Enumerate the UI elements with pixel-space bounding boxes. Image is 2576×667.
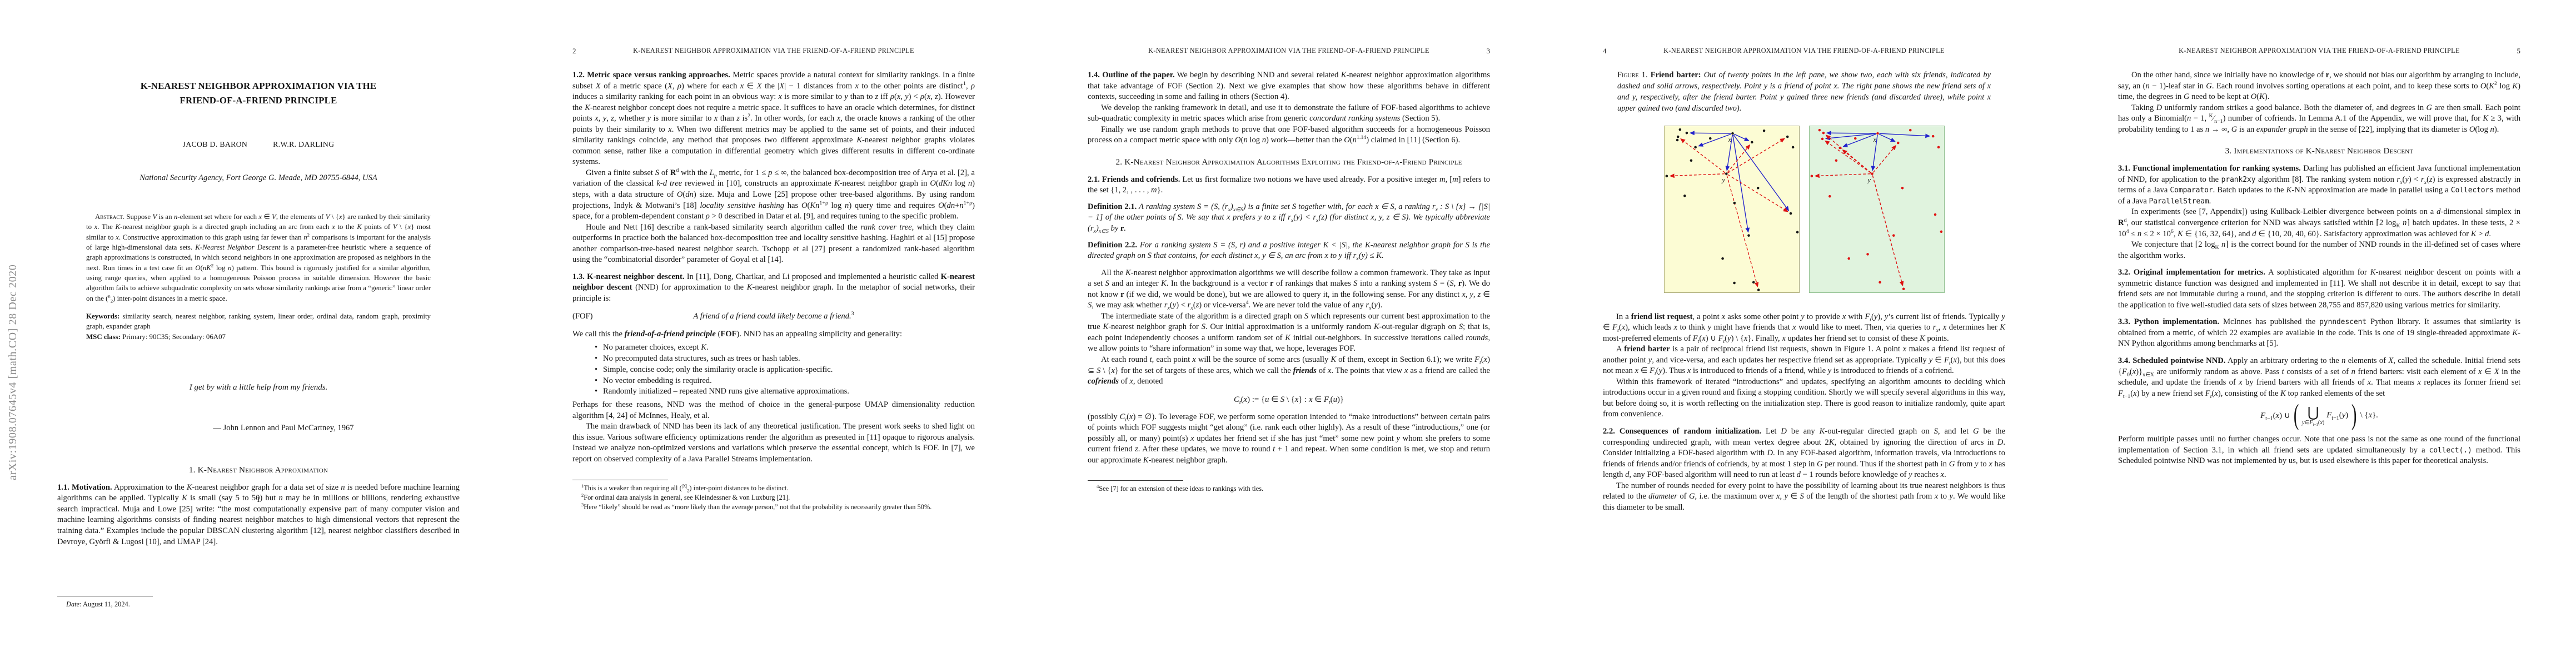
- bullet-item: No parameter choices, except K.: [595, 342, 975, 354]
- blue-solid-arrow: [1733, 135, 1788, 211]
- page-content: 2K-NEAREST NEIGHBOR APPROXIMATION VIA TH…: [572, 47, 975, 512]
- figure-1: xyxy: [1603, 126, 2005, 293]
- date-footnote: Date: August 11, 2024.: [57, 596, 460, 609]
- arxiv-watermark: arXiv:1908.07645v4 [math.CO] 28 Dec 2020: [7, 172, 19, 573]
- paragraph: Within this framework of iterated “intro…: [1603, 377, 2005, 420]
- data-point: [1789, 212, 1792, 215]
- footnote: 1This is a weaker than requiring all (|X…: [572, 484, 975, 493]
- point-label-x: x: [1872, 135, 1876, 143]
- data-point: [1786, 135, 1788, 138]
- data-point: [1892, 234, 1895, 237]
- red-dashed-arrow: [1670, 173, 1725, 176]
- red-dashed-arrow: [1825, 141, 1870, 173]
- blue-solid-arrow: [1698, 134, 1731, 146]
- page-number: 3: [1487, 47, 1491, 56]
- red-dashed-arrow: [1727, 145, 1750, 172]
- page-number-bottom: 1: [57, 495, 460, 504]
- figure-pane-right: xy: [1809, 126, 1945, 293]
- footnote-rule: [1088, 480, 1183, 481]
- paragraph: (possibly Ct(x) = ∅). To leverage FOF, w…: [1088, 412, 1490, 466]
- paragraph: 2.2. Consequences of random initializati…: [1603, 426, 2005, 481]
- red-dashed-arrow: [1873, 145, 1896, 172]
- data-point: [1791, 146, 1794, 148]
- running-title: K-NEAREST NEIGHBOR APPROXIMATION VIA THE…: [572, 47, 975, 55]
- data-point: [1708, 137, 1711, 140]
- section-heading: 3. Implementations of K-Nearest Neighbor…: [2118, 146, 2520, 156]
- data-point: [1901, 187, 1904, 190]
- page-1: Date: August 11, 2024.K-NEAREST NEIGHBOR…: [0, 0, 515, 667]
- section-heading: 2. K-Nearest Neighbor Approximation Algo…: [1088, 157, 1490, 167]
- paragraph: We call this the friend-of-a-friend prin…: [572, 329, 975, 340]
- bullet-item: Randomly initialized – repeated NND runs…: [595, 386, 975, 397]
- author-name: R.W.R. DARLING: [273, 140, 334, 149]
- point-label-y: y: [1721, 176, 1725, 183]
- paragraph: At each round t, each point x will be th…: [1088, 355, 1490, 387]
- epigraph-attribution: — John Lennon and Paul McCartney, 1967: [57, 424, 460, 433]
- blue-solid-arrow: [1825, 133, 1876, 138]
- display-equation: Ct(x) := {u ∈ S \ {x} : x ∈ Ft(u)}: [1088, 395, 1490, 405]
- data-point: [1747, 234, 1750, 237]
- paragraph: The main drawback of NND has been its la…: [572, 421, 975, 465]
- data-point: [1725, 172, 1728, 175]
- data-point: [1879, 281, 1881, 283]
- page-5: 5K-NEAREST NEIGHBOR APPROXIMATION VIA TH…: [2061, 0, 2576, 667]
- data-point: [1757, 288, 1760, 291]
- paragraph: On the other hand, since we initially ha…: [2118, 70, 2520, 103]
- red-dashed-arrow: [1727, 175, 1757, 286]
- abstract-label: Abstract.: [95, 213, 124, 221]
- paragraph: The intermediate state of the algorithm …: [1088, 311, 1490, 355]
- page-4: 4K-NEAREST NEIGHBOR APPROXIMATION VIA TH…: [1546, 0, 2061, 667]
- figure-pane-left: xy: [1664, 126, 1800, 293]
- data-point: [1733, 281, 1736, 284]
- page-3: 3K-NEAREST NEIGHBOR APPROXIMATION VIA TH…: [1030, 0, 1546, 667]
- bullet-item: Simple, concise code; only the similarit…: [595, 365, 975, 376]
- blue-solid-arrow: [1690, 133, 1731, 133]
- metadata-line: MSC class: Primary: 90C35; Secondary: 06…: [86, 332, 431, 342]
- paragraph: Perform multiple passes until no further…: [2118, 434, 2520, 467]
- data-point: [1685, 131, 1688, 134]
- section-heading: 1. K-Nearest Neighbor Approximation: [57, 465, 460, 475]
- blue-solid-arrow: [1879, 134, 1895, 141]
- data-point: [1676, 135, 1679, 138]
- bullet-item: No vector embedding is required.: [595, 376, 975, 387]
- data-point: [1690, 159, 1692, 162]
- paragraph: 3.3. Python implementation. McInnes has …: [2118, 317, 2520, 350]
- paragraph: We conjecture that ⌈2 logK n⌉ is the cor…: [2118, 240, 2520, 261]
- footnote: 4See [7] for an extension of these ideas…: [1088, 484, 1490, 494]
- data-point: [1896, 141, 1899, 144]
- data-point: [1847, 257, 1850, 260]
- paragraph: Perhaps for these reasons, NND was the m…: [572, 400, 975, 421]
- data-point: [1931, 135, 1934, 137]
- paragraph: 1.4. Outline of the paper. We begin by d…: [1088, 70, 1490, 103]
- page-number: 4: [1603, 47, 1607, 56]
- data-point: [1828, 195, 1831, 197]
- date-text: Date: August 11, 2024.: [57, 600, 460, 609]
- data-point: [1751, 141, 1753, 143]
- paragraph: Finally we use random graph methods to p…: [1088, 125, 1490, 146]
- red-dashed-arrow: [1680, 138, 1725, 172]
- blue-solid-arrow: [1843, 134, 1876, 147]
- running-header: 5K-NEAREST NEIGHBOR APPROXIMATION VIA TH…: [2118, 47, 2520, 56]
- fof-principle: (FOF)A friend of a friend could likely b…: [572, 312, 975, 321]
- bullet-list: No parameter choices, except K.No precom…: [595, 342, 975, 397]
- data-point: [1835, 159, 1837, 162]
- figure-pane-left-svg: xy: [1664, 126, 1800, 293]
- paragraph: In experiments (see [7, Appendix]) using…: [2118, 207, 2520, 240]
- paragraph: The number of rounds needed for every po…: [1603, 481, 2005, 514]
- page-2: 2K-NEAREST NEIGHBOR APPROXIMATION VIA TH…: [515, 0, 1030, 667]
- paragraph: 3.4. Scheduled pointwise NND. Apply an a…: [2118, 356, 2520, 399]
- red-dashed-arrow: [1872, 175, 1902, 286]
- data-point: [1866, 253, 1869, 256]
- epigraph-quote: I get by with a little help from my frie…: [57, 383, 460, 392]
- running-header: 3K-NEAREST NEIGHBOR APPROXIMATION VIA TH…: [1088, 47, 1490, 56]
- page-number: 5: [2517, 47, 2521, 56]
- paragraph: 1.2. Metric space versus ranking approac…: [572, 70, 975, 168]
- running-header: 2K-NEAREST NEIGHBOR APPROXIMATION VIA TH…: [572, 47, 975, 56]
- page-content: 3K-NEAREST NEIGHBOR APPROXIMATION VIA TH…: [1088, 47, 1490, 494]
- data-point: [1909, 128, 1911, 131]
- running-title: K-NEAREST NEIGHBOR APPROXIMATION VIA THE…: [1603, 47, 2005, 55]
- abstract: Abstract. Suppose V is an n-element set …: [86, 212, 431, 303]
- footnote-rule: [572, 480, 668, 480]
- figure-caption: Figure 1. Friend barter: Out of twenty p…: [1617, 70, 1991, 115]
- paragraph: Definition 2.1. A ranking system S = (S,…: [1088, 202, 1490, 235]
- data-point: [1937, 146, 1940, 148]
- data-point: [1818, 128, 1821, 131]
- blue-solid-arrow: [1826, 133, 1876, 133]
- blue-solid-arrow: [1734, 134, 1749, 141]
- figure-label: Figure 1.: [1617, 71, 1648, 79]
- data-point: [1810, 175, 1813, 177]
- data-point: [1694, 146, 1697, 148]
- metadata-line: Keywords: similarity search, nearest nei…: [86, 311, 431, 332]
- running-title: K-NEAREST NEIGHBOR APPROXIMATION VIA THE…: [2118, 47, 2520, 55]
- paragraph: Taking D uniformly random strikes a good…: [2118, 103, 2520, 136]
- paragraph: 3.2. Original implementation for metrics…: [2118, 267, 2520, 311]
- paragraph: Houle and Nett [16] describe a rank-base…: [572, 222, 975, 266]
- paragraph: A friend barter is a pair of reciprocal …: [1603, 344, 2005, 377]
- paragraph: 3.1. Functional implementation for ranki…: [2118, 163, 2520, 207]
- paragraph: We develop the ranking framework in deta…: [1088, 103, 1490, 125]
- red-dashed-arrow: [1727, 175, 1787, 212]
- figure-pane-right-svg: xy: [1809, 126, 1945, 293]
- data-point: [1733, 201, 1736, 204]
- data-point: [1752, 281, 1755, 283]
- data-point: [1902, 287, 1905, 290]
- red-dashed-arrow: [1826, 135, 1871, 172]
- data-point: [1821, 137, 1823, 140]
- running-title: K-NEAREST NEIGHBOR APPROXIMATION VIA THE…: [1088, 47, 1490, 55]
- bullet-item: No precomputed data structures, such as …: [595, 354, 975, 365]
- footnote-rule: [57, 596, 153, 596]
- data-point: [1853, 137, 1856, 140]
- footnote: 3Here “likely” should be read as “more l…: [572, 502, 975, 512]
- display-equation-union: Ft−1(x) ∪(⋃y∈Ft−1(x)Ft−1(y))\ {x}.: [2118, 402, 2520, 429]
- data-point: [1762, 130, 1765, 132]
- fof-text: A friend of a friend could likely become…: [693, 312, 851, 321]
- paper-canvas: { "arxiv_watermark": "arXiv:1908.07645v4…: [0, 0, 2576, 667]
- data-point: [1940, 230, 1942, 233]
- red-dashed-arrow: [1815, 173, 1870, 176]
- data-point: [1934, 213, 1936, 216]
- figure-title: Friend barter:: [1651, 71, 1701, 79]
- paragraph: All the K-nearest neighbor approximation…: [1088, 268, 1490, 311]
- data-point: [1731, 132, 1734, 135]
- page-content: 5K-NEAREST NEIGHBOR APPROXIMATION VIA TH…: [2118, 47, 2520, 467]
- point-label-y: y: [1867, 176, 1871, 183]
- data-point: [1796, 231, 1798, 233]
- page-number: 2: [572, 47, 576, 56]
- paragraph: Definition 2.2. For a ranking system S =…: [1088, 240, 1490, 262]
- data-point: [1665, 175, 1668, 177]
- author-name: JACOB D. BARON: [183, 140, 248, 149]
- page-content: 4K-NEAREST NEIGHBOR APPROXIMATION VIA TH…: [1603, 47, 2005, 513]
- red-dashed-arrow: [1842, 150, 1871, 172]
- affiliation: National Security Agency, Fort George G.…: [57, 173, 460, 183]
- running-header: 4K-NEAREST NEIGHBOR APPROXIMATION VIA TH…: [1603, 47, 2005, 56]
- blue-solid-arrow: [1879, 133, 1930, 136]
- page-content: K-NEAREST NEIGHBOR APPROXIMATION VIA THE…: [57, 79, 460, 547]
- data-point: [1678, 128, 1681, 131]
- paragraph: In a friend list request, a point x asks…: [1603, 312, 2005, 345]
- data-point: [1756, 187, 1759, 190]
- paragraph: 2.1. Friends and cofriends. Let us first…: [1088, 175, 1490, 196]
- data-point: [1676, 138, 1678, 141]
- paper-title: K-NEAREST NEIGHBOR APPROXIMATION VIA THE…: [128, 79, 389, 108]
- footnote: 2For ordinal data analysis in general, s…: [572, 493, 975, 502]
- authors: JACOB D. BARONR.W.R. DARLING: [57, 140, 460, 149]
- point-label-x: x: [1727, 135, 1731, 143]
- paragraph: 1.3. K-nearest neighbor descent. In [11]…: [572, 272, 975, 305]
- data-point: [1876, 132, 1879, 135]
- data-point: [1838, 146, 1841, 149]
- paragraph: Given a finite subset S of Rd with the L…: [572, 168, 975, 222]
- data-point: [1822, 131, 1825, 134]
- paragraph: 1.1. Motivation. Approximation to the K-…: [57, 482, 460, 547]
- data-point: [1683, 195, 1686, 197]
- data-point: [1871, 172, 1874, 175]
- data-point: [1721, 257, 1724, 260]
- fof-tag: (FOF): [572, 312, 593, 321]
